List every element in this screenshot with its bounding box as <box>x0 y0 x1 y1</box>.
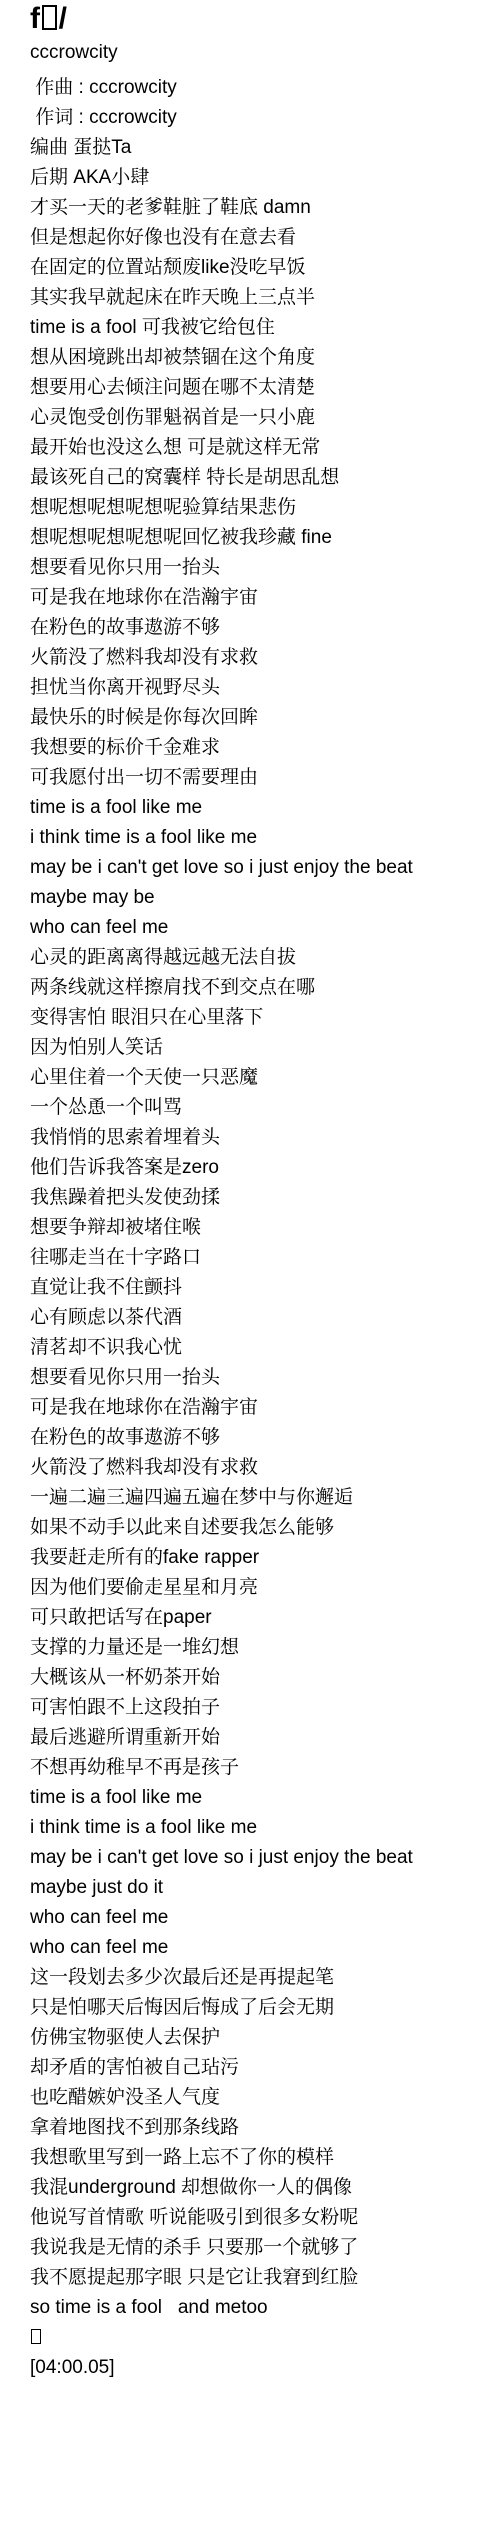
lyric-line: 仿佛宝物驱使人去保护 <box>30 2023 490 2053</box>
lyric-line: maybe may be <box>30 883 490 913</box>
lyric-line: 想呢想呢想呢想呢验算结果悲伤 <box>30 493 490 523</box>
lyric-line: 也吃醋嫉妒没圣人气度 <box>30 2083 490 2113</box>
lyric-line: 最该死自己的窝囊样 特长是胡思乱想 <box>30 463 490 493</box>
lyric-line: 一遍二遍三遍四遍五遍在梦中与你邂逅 <box>30 1483 490 1513</box>
lyric-line: 在固定的位置站颓废like没吃早饭 <box>30 253 490 283</box>
lyric-line: 他们告诉我答案是zero <box>30 1153 490 1183</box>
lyric-line: 大概该从一杯奶茶开始 <box>30 1663 490 1693</box>
credits-block: 作曲 : cccrowcity 作词 : cccrowcity <box>30 73 490 133</box>
lyric-line: 我想歌里写到一路上忘不了你的模样 <box>30 2143 490 2173</box>
lyric-line: 后期 AKA小肆 <box>30 163 490 193</box>
lyric-line: 我焦躁着把头发使劲揉 <box>30 1183 490 1213</box>
lyric-line: 我悄悄的思索着埋着头 <box>30 1123 490 1153</box>
lyric-line: who can feel me <box>30 1933 490 1963</box>
lyric-line: 往哪走当在十字路口 <box>30 1243 490 1273</box>
lyric-line: 清茗却不识我心忧 <box>30 1333 490 1363</box>
lyric-line: who can feel me <box>30 913 490 943</box>
lyric-line: [04:00.05] <box>30 2353 490 2383</box>
lyric-line: 想要看见你只用一抬头 <box>30 1363 490 1393</box>
lyric-line: 最后逃避所谓重新开始 <box>30 1723 490 1753</box>
lyric-line: time is a fool 可我被它给包住 <box>30 313 490 343</box>
lyric-line: 在粉色的故事遨游不够 <box>30 1423 490 1453</box>
lyric-line: 最快乐的时候是你每次回眸 <box>30 703 490 733</box>
lyric-line: 不想再幼稚早不再是孩子 <box>30 1753 490 1783</box>
missing-glyph-box <box>31 2329 41 2345</box>
lyric-line: 可是我在地球你在浩瀚宇宙 <box>30 583 490 613</box>
lyric-line: 但是想起你好像也没有在意去看 <box>30 223 490 253</box>
lyric-line: 我混underground 却想做你一人的偶像 <box>30 2173 490 2203</box>
lyric-line: 想要争辩却被堵住喉 <box>30 1213 490 1243</box>
lyric-line: 我想要的标价千金难求 <box>30 733 490 763</box>
lyric-line: 才买一天的老爹鞋脏了鞋底 damn <box>30 193 490 223</box>
lyric-line: 其实我早就起床在昨天晚上三点半 <box>30 283 490 313</box>
lyric-line: 拿着地图找不到那条线路 <box>30 2113 490 2143</box>
lyric-line: 如果不动手以此来自述要我怎么能够 <box>30 1513 490 1543</box>
artist-name: cccrowcity <box>30 41 490 65</box>
lyric-line: 火箭没了燃料我却没有求救 <box>30 1453 490 1483</box>
lyric-line: 这一段划去多少次最后还是再提起笔 <box>30 1963 490 1993</box>
lyric-line: so time is a fool and metoo <box>30 2293 490 2323</box>
lyric-line: 只是怕哪天后悔因后悔成了后会无期 <box>30 1993 490 2023</box>
lyric-line: 支撑的力量还是一堆幻想 <box>30 1633 490 1663</box>
lyric-line: 可我愿付出一切不需要理由 <box>30 763 490 793</box>
credit-line: 作词 : cccrowcity <box>30 103 490 133</box>
lyric-line: 心灵的距离离得越远越无法自拔 <box>30 943 490 973</box>
lyric-line: 编曲 蛋挞Ta <box>30 133 490 163</box>
lyrics-page: f/ cccrowcity 作曲 : cccrowcity 作词 : cccro… <box>0 0 500 2383</box>
lyric-line: 我不愿提起那字眼 只是它让我窘到红脸 <box>30 2263 490 2293</box>
lyric-line: 心灵饱受创伤罪魁祸首是一只小鹿 <box>30 403 490 433</box>
lyric-line: time is a fool like me <box>30 793 490 823</box>
lyric-line: maybe just do it <box>30 1873 490 1903</box>
lyric-line: 我说我是无情的杀手 只要那一个就够了 <box>30 2233 490 2263</box>
lyric-line: 最开始也没这么想 可是就这样无常 <box>30 433 490 463</box>
lyric-line: 想要用心去倾注问题在哪不太清楚 <box>30 373 490 403</box>
lyric-line: 在粉色的故事遨游不够 <box>30 613 490 643</box>
lyric-line: 两条线就这样擦肩找不到交点在哪 <box>30 973 490 1003</box>
lyric-line: may be i can't get love so i just enjoy … <box>30 1843 490 1873</box>
lyric-line: 我要赶走所有的fake rapper <box>30 1543 490 1573</box>
lyric-line: may be i can't get love so i just enjoy … <box>30 853 490 883</box>
lyric-line: 想要看见你只用一抬头 <box>30 553 490 583</box>
lyric-line: 心有顾虑以茶代酒 <box>30 1303 490 1333</box>
lyric-line: 可是我在地球你在浩瀚宇宙 <box>30 1393 490 1423</box>
lyric-line: 想呢想呢想呢想呢回忆被我珍藏 fine <box>30 523 490 553</box>
lyric-line: time is a fool like me <box>30 1783 490 1813</box>
lyric-line: 一个怂恿一个叫骂 <box>30 1093 490 1123</box>
lyric-line: 担忧当你离开视野尽头 <box>30 673 490 703</box>
lyric-line: 却矛盾的害怕被自己玷污 <box>30 2053 490 2083</box>
song-title: f/ <box>30 2 490 36</box>
lyrics-body: 编曲 蛋挞Ta后期 AKA小肆才买一天的老爹鞋脏了鞋底 damn但是想起你好像也… <box>30 133 490 2383</box>
lyric-line: 他说写首情歌 听说能吸引到很多女粉呢 <box>30 2203 490 2233</box>
lyric-line: 想从困境跳出却被禁锢在这个角度 <box>30 343 490 373</box>
missing-glyph-box <box>42 5 58 30</box>
lyric-line <box>30 2323 490 2353</box>
lyric-line: 可只敢把话写在paper <box>30 1603 490 1633</box>
credit-line: 作曲 : cccrowcity <box>30 73 490 103</box>
lyric-line: 直觉让我不住颤抖 <box>30 1273 490 1303</box>
lyric-line: 变得害怕 眼泪只在心里落下 <box>30 1003 490 1033</box>
lyric-line: i think time is a fool like me <box>30 823 490 853</box>
lyric-line: 可害怕跟不上这段拍子 <box>30 1693 490 1723</box>
lyric-line: 因为怕别人笑话 <box>30 1033 490 1063</box>
lyric-line: 火箭没了燃料我却没有求救 <box>30 643 490 673</box>
lyric-line: 心里住着一个天使一只恶魔 <box>30 1063 490 1093</box>
lyric-line: who can feel me <box>30 1903 490 1933</box>
lyric-line: i think time is a fool like me <box>30 1813 490 1843</box>
lyric-line: 因为他们要偷走星星和月亮 <box>30 1573 490 1603</box>
